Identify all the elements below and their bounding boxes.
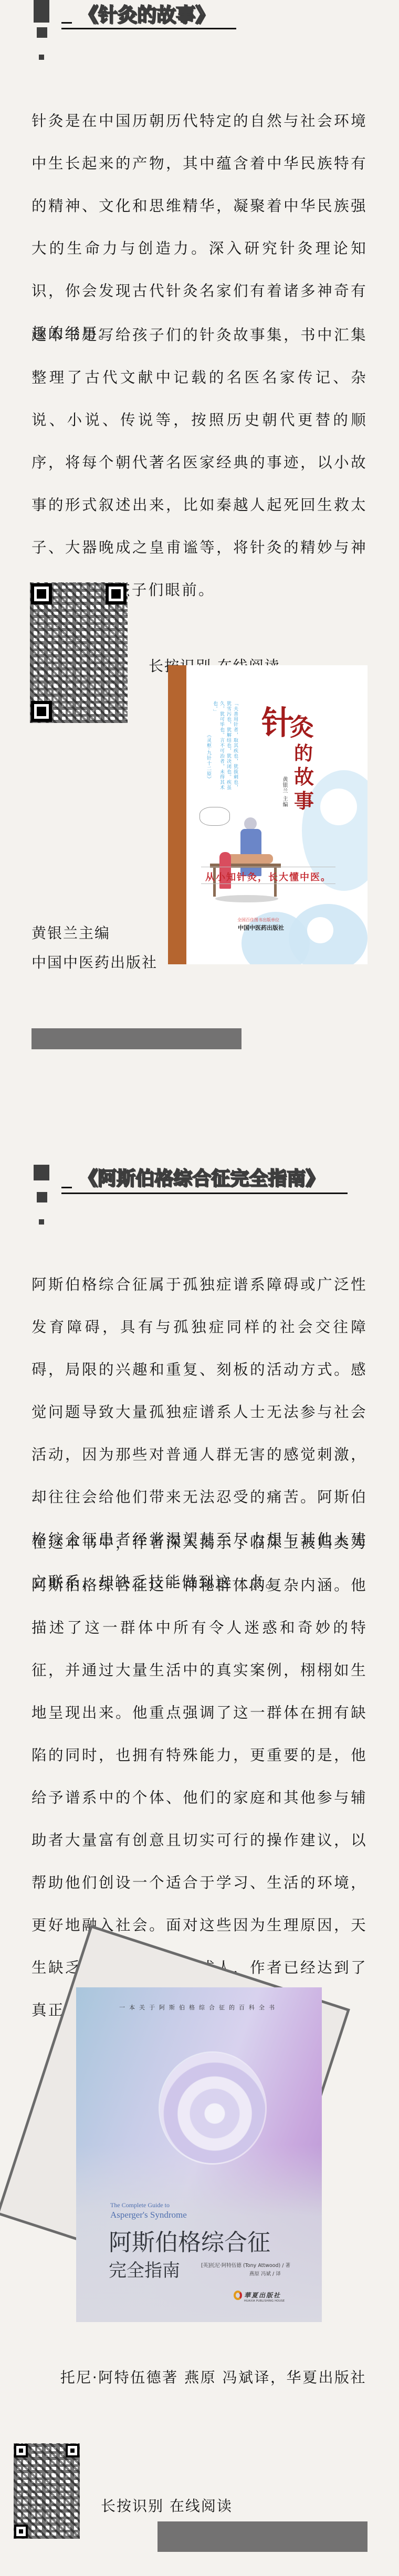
slogan-rule-bottom — [201, 883, 335, 884]
cloud-pattern — [320, 789, 357, 825]
cover-illustration — [199, 807, 278, 912]
cover-publisher-badge: 全国百佳图书出版单位 — [237, 917, 279, 923]
divider-bar — [157, 2521, 367, 2552]
book-cover-acupuncture: 「夫善用针者，取其疾也，犹拔刺也，犹雪污也，犹解结也，犹决闭也。疾虽久，犹可毕也… — [168, 665, 367, 964]
decor-block-large — [34, 0, 49, 23]
cover-title-line-2: 完全指南 — [109, 2256, 180, 2282]
qr-finder-tl — [14, 2444, 28, 2457]
qr-finder-tr — [66, 2444, 79, 2457]
intro-paragraph-2: 这本书是写给孩子们的针灸故事集，书中汇集整理了古代文献中记载的名医名家传记、杂说… — [31, 314, 367, 611]
cover-title-char: 事 — [294, 785, 314, 814]
decor-block-medium — [37, 1192, 47, 1202]
slogan-rule-top — [201, 867, 335, 867]
cover-publisher: 中国中医药出版社 — [238, 923, 284, 932]
cover-publisher-en: HUAXIA PUBLISHING HOUSE — [244, 2300, 285, 2303]
qr-code-read-online[interactable] — [30, 582, 128, 723]
book-cover-asperger: 一本关于阿斯伯格综合征的百科全书 The Complete Guide to A… — [76, 1987, 322, 2322]
decor-block-large — [34, 1165, 49, 1180]
qr-finder-bl — [14, 2525, 28, 2538]
cover-author: [英]托尼·阿特伍德 (Tony Attwood) / 著 — [201, 2261, 290, 2269]
qr-finder-tr — [106, 583, 127, 604]
cover-title-line-1: 阿斯伯格综合征 — [109, 2223, 270, 2257]
qr-caption: 长按识别 在线阅读 — [101, 2495, 233, 2516]
cover-title-char: 灸 — [290, 708, 314, 743]
cover-editor: 黄银兰 主编 — [280, 776, 288, 807]
title-underline — [61, 28, 236, 29]
nautilus-shell — [160, 2053, 265, 2163]
section-title: 《阿斯伯格综合征完全指南》 — [79, 1164, 324, 1190]
cover-translators: 燕原 冯斌 / 译 — [249, 2270, 281, 2277]
title-dash — [61, 1187, 72, 1188]
qr-finder-bl — [31, 701, 52, 722]
section-title: 《针灸的故事》 — [79, 0, 215, 27]
qr-finder-tl — [31, 583, 52, 604]
cover-quote-source: 《灵枢·九针十二原》 — [205, 732, 212, 790]
cover-english-line-2: Asperger's Syndrome — [110, 2210, 187, 2220]
book-publisher: 中国中医药出版社 — [31, 951, 157, 972]
title-underline — [61, 1193, 348, 1194]
cover-publisher-cn: 華夏出版社 — [244, 2291, 281, 2300]
title-dash — [61, 22, 72, 24]
cloud-pattern — [307, 917, 333, 943]
cover-title-char: 针 — [261, 697, 294, 743]
decor-block-small — [39, 1219, 44, 1225]
decor-block-medium — [37, 27, 47, 38]
cover-tagline: 一本关于阿斯伯格综合征的百科全书 — [76, 2003, 322, 2011]
cover-english-line-1: The Complete Guide to — [110, 2201, 170, 2209]
book-editor: 黄银兰主编 — [31, 922, 110, 943]
qr-code-read-online[interactable] — [14, 2443, 80, 2539]
publisher-logo-icon — [234, 2291, 242, 2300]
divider-bar — [31, 1028, 241, 1049]
book-credit: 托尼·阿特伍德著 燕原 冯斌译，华夏出版社 — [60, 2366, 366, 2387]
cover-slogan: 从小知针灸，长大懂中医。 — [201, 870, 335, 883]
book-spine — [168, 665, 186, 964]
decor-block-small — [39, 55, 44, 60]
cover-quote: 「夫善用针者，取其疾也，犹拔刺也，犹雪污也，犹解结也，犹决闭也。疾虽久，犹可毕也… — [211, 701, 238, 793]
